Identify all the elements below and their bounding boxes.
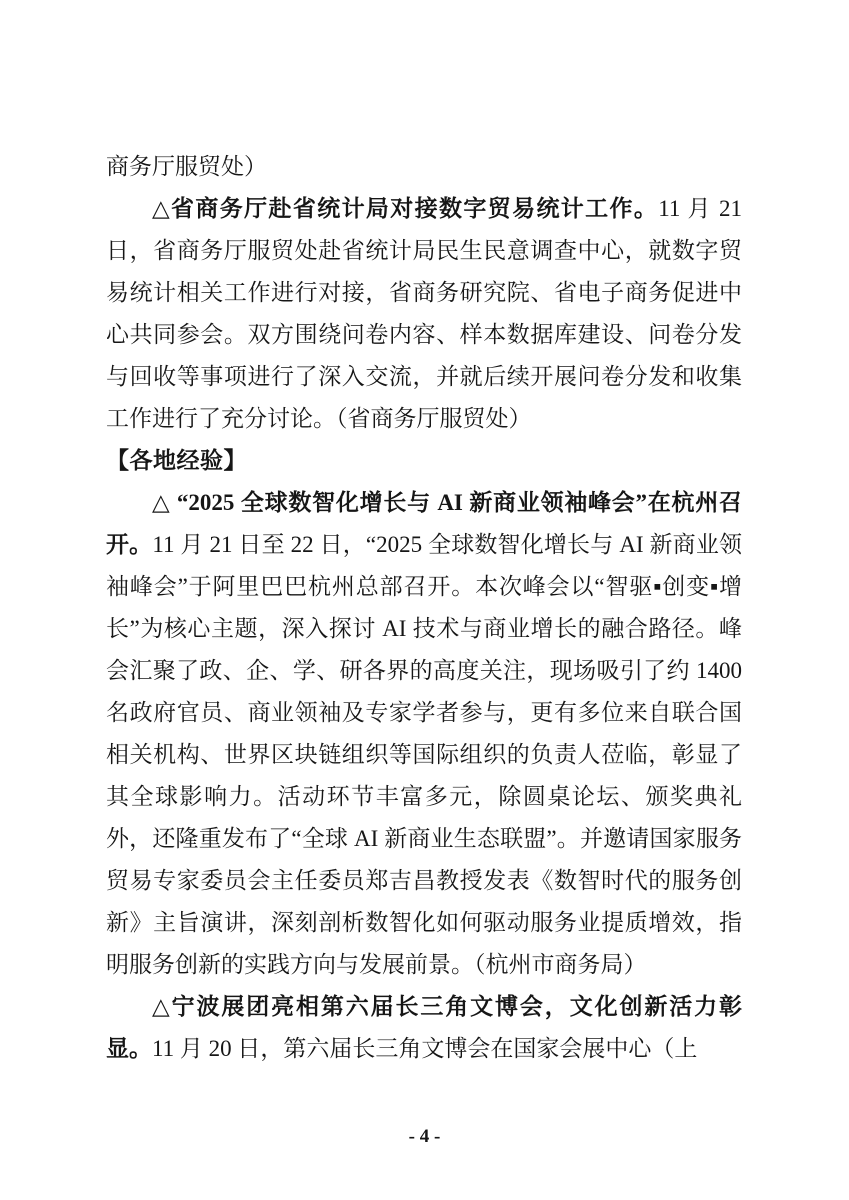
paragraph-text: 11 月 21 日，省商务厅服贸处赴省统计局民生民意调查中心，就数字贸易统计相关… (106, 196, 742, 431)
document-page: 商务厅服贸处）△省商务厅赴省统计局对接数字贸易统计工作。11 月 21 日，省商… (0, 0, 849, 1200)
paragraph-text: 11 月 21 日至 22 日，“2025 全球数智化增长与 AI 新商业领袖峰… (106, 532, 742, 977)
page-number: - 4 - (0, 1126, 849, 1148)
paragraph-bold-text: △省商务厅赴省统计局对接数字贸易统计工作。 (152, 196, 658, 221)
paragraph: △ “2025 全球数智化增长与 AI 新商业领袖峰会”在杭州召开。11 月 2… (106, 482, 742, 986)
document-body: 商务厅服贸处）△省商务厅赴省统计局对接数字贸易统计工作。11 月 21 日，省商… (106, 146, 742, 1070)
paragraph-text: 商务厅服贸处） (106, 154, 267, 179)
section-heading: 【各地经验】 (106, 440, 742, 482)
paragraph-bold-text: 【各地经验】 (106, 448, 247, 473)
paragraph: △省商务厅赴省统计局对接数字贸易统计工作。11 月 21 日，省商务厅服贸处赴省… (106, 188, 742, 440)
paragraph: △宁波展团亮相第六届长三角文博会，文化创新活力彰显。11 月 20 日，第六届长… (106, 986, 742, 1070)
paragraph-text: 11 月 20 日，第六届长三角文博会在国家会展中心（上 (152, 1036, 697, 1061)
paragraph: 商务厅服贸处） (106, 146, 742, 188)
